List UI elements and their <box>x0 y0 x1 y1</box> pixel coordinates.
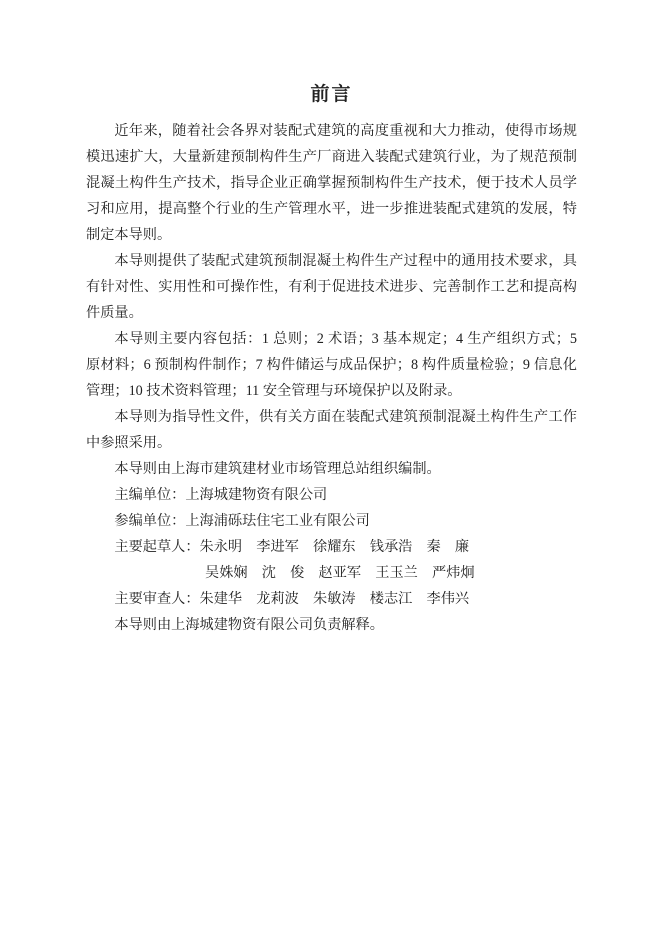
interpretation-line: 本导则由上海城建物资有限公司负责解释。 <box>86 612 577 638</box>
paragraph-background: 近年来，随着社会各界对装配式建筑的高度重视和大力推动，使得市场规模迅速扩大，大量… <box>86 118 577 248</box>
co-editor-line: 参编单位：上海浦砾珐住宅工业有限公司 <box>86 508 577 534</box>
co-editor-value: 上海浦砾珐住宅工业有限公司 <box>185 513 369 529</box>
paragraph-purpose: 本导则提供了装配式建筑预制混凝土构件生产过程中的通用技术要求，具有针对性、实用性… <box>86 248 577 326</box>
drafters-line-1: 主要起草人：朱永明 李进军 徐耀东 钱承浩 秦 廉 <box>86 534 577 560</box>
reviewers-label: 主要审查人： <box>114 591 199 607</box>
page-title: 前言 <box>86 80 577 110</box>
chief-editor-label: 主编单位： <box>114 487 185 503</box>
drafters-label: 主要起草人： <box>114 539 199 555</box>
drafters-names-1: 朱永明 李进军 徐耀东 钱承浩 秦 廉 <box>200 539 470 555</box>
co-editor-label: 参编单位： <box>114 513 185 529</box>
paragraph-organizer: 本导则由上海市建筑建材业市场管理总站组织编制。 <box>86 456 577 482</box>
paragraph-contents-list: 本导则主要内容包括：1 总则；2 术语；3 基本规定；4 生产组织方式；5 原材… <box>86 326 577 404</box>
chief-editor-value: 上海城建物资有限公司 <box>185 487 327 503</box>
paragraph-guidance-note: 本导则为指导性文件，供有关方面在装配式建筑预制混凝土构件生产工作中参照采用。 <box>86 404 577 456</box>
reviewers-names: 朱建华 龙莉波 朱敏涛 楼志江 李伟兴 <box>200 591 470 607</box>
reviewers-line: 主要审查人：朱建华 龙莉波 朱敏涛 楼志江 李伟兴 <box>86 586 577 612</box>
document-content: 前言 近年来，随着社会各界对装配式建筑的高度重视和大力推动，使得市场规模迅速扩大… <box>86 80 577 638</box>
document-page: 前言 近年来，随着社会各界对装配式建筑的高度重视和大力推动，使得市场规模迅速扩大… <box>0 0 662 936</box>
chief-editor-line: 主编单位：上海城建物资有限公司 <box>86 482 577 508</box>
drafters-line-2: 吴姝娴 沈 俊 赵亚军 王玉兰 严炜炯 <box>86 560 577 586</box>
